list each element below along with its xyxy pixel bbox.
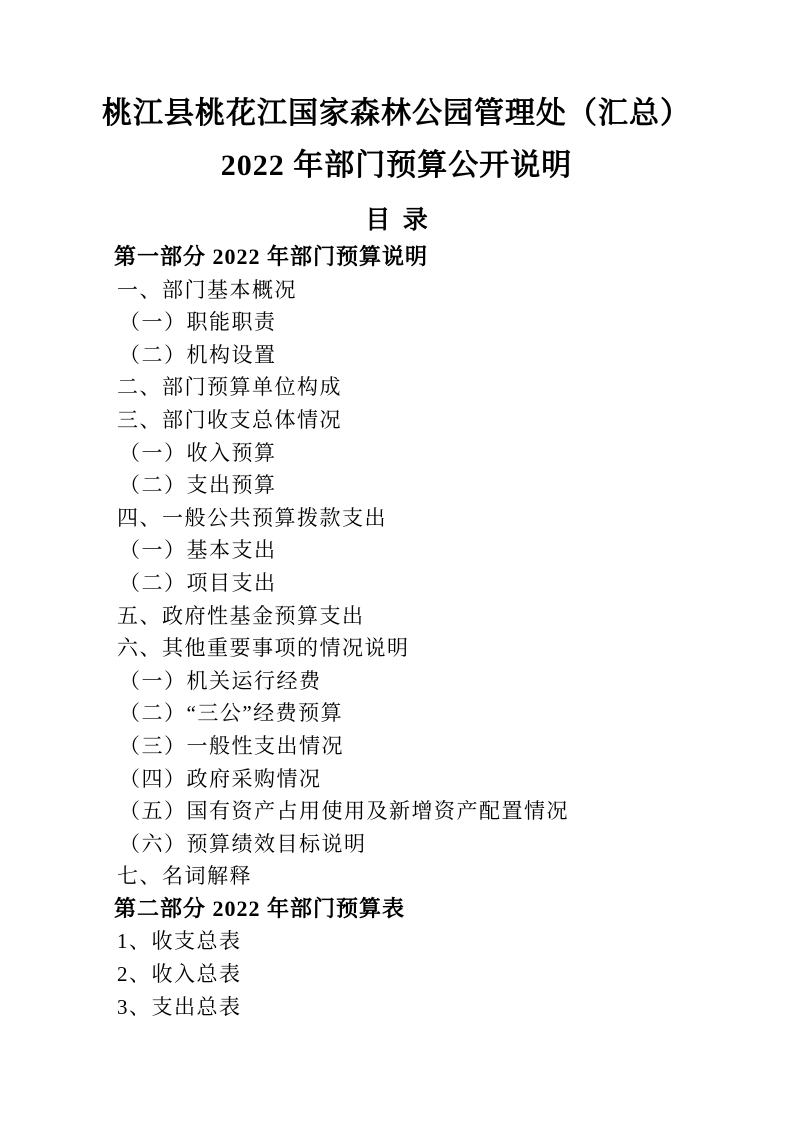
document-page: 桃江县桃花江国家森林公园管理处（汇总） 2022 年部门预算公开说明 目 录 第… bbox=[0, 0, 793, 1122]
toc-entry: 3、支出总表 bbox=[117, 991, 793, 1024]
toc-entry: （二）项目支出 bbox=[119, 567, 793, 600]
toc-entry: （一）职能职责 bbox=[119, 306, 793, 339]
toc-list: 第一部分 2022 年部门预算说明一、部门基本概况（一）职能职责（二）机构设置二… bbox=[0, 241, 793, 1023]
toc-entry: （六）预算绩效目标说明 bbox=[119, 828, 793, 861]
toc-entry: 1、收支总表 bbox=[117, 925, 793, 958]
document-title-line-1: 桃江县桃花江国家森林公园管理处（汇总） bbox=[0, 88, 793, 140]
toc-entry: （二）“三公”经费预算 bbox=[119, 697, 793, 730]
toc-entry: （五）国有资产占用使用及新增资产配置情况 bbox=[119, 795, 793, 828]
toc-entry: 第二部分 2022 年部门预算表 bbox=[114, 893, 793, 926]
toc-entry: 六、其他重要事项的情况说明 bbox=[117, 632, 793, 665]
toc-entry: （一）基本支出 bbox=[119, 534, 793, 567]
toc-entry: 第一部分 2022 年部门预算说明 bbox=[114, 241, 793, 274]
toc-entry: （三）一般性支出情况 bbox=[119, 730, 793, 763]
toc-entry: 二、部门预算单位构成 bbox=[117, 371, 793, 404]
toc-entry: 四、一般公共预算拨款支出 bbox=[117, 502, 793, 535]
toc-entry: （二）支出预算 bbox=[119, 469, 793, 502]
toc-entry: 一、部门基本概况 bbox=[117, 274, 793, 307]
toc-entry: （一）收入预算 bbox=[119, 437, 793, 470]
toc-heading: 目 录 bbox=[0, 204, 793, 238]
toc-entry: （一）机关运行经费 bbox=[119, 665, 793, 698]
toc-entry: 五、政府性基金预算支出 bbox=[117, 600, 793, 633]
toc-entry: （二）机构设置 bbox=[119, 339, 793, 372]
toc-entry: 七、名词解释 bbox=[117, 860, 793, 893]
toc-entry: （四）政府采购情况 bbox=[119, 763, 793, 796]
toc-entry: 三、部门收支总体情况 bbox=[117, 404, 793, 437]
toc-entry: 2、收入总表 bbox=[117, 958, 793, 991]
document-title-line-2: 2022 年部门预算公开说明 bbox=[0, 140, 793, 192]
